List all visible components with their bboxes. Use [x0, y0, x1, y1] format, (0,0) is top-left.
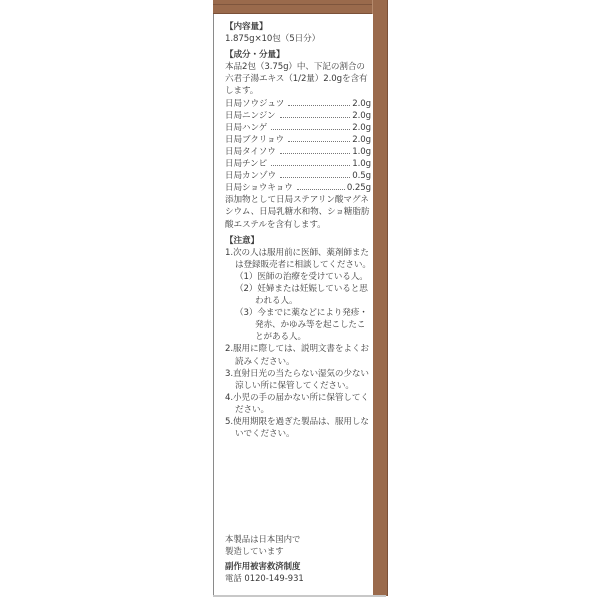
caution-item: 1.次の人は服用前に医師、薬剤師または登録販売者に相談してください。	[225, 247, 371, 271]
ingredient-amount: 1.0g	[352, 158, 371, 170]
dot-leader	[297, 189, 345, 190]
ingredient-name: 日局ニンジン	[225, 110, 276, 122]
caution-sub-item: （2）妊婦または妊娠していると思われる人。	[225, 283, 371, 307]
contents-heading: 【内容量】	[225, 21, 371, 33]
ingredient-row: 日局チンピ1.0g	[225, 158, 371, 170]
package-side-panel: 【内容量】 1.875g×10包（5日分） 【成分・分量】 本品2包（3.75g…	[213, 0, 387, 598]
ingredient-amount: 0.25g	[347, 182, 371, 194]
ingredient-name: 日局ショウキョウ	[225, 182, 293, 194]
cautions-section: 【注意】 1.次の人は服用前に医師、薬剤師または登録販売者に相談してください。 …	[225, 235, 371, 441]
label-footer: 本製品は日本国内で 製造しています 副作用被害救済制度 電話 0120-149-…	[225, 533, 365, 584]
caution-item: 5.使用期限を過ぎた製品は、服用しないでください。	[225, 416, 371, 440]
relief-system-heading: 副作用被害救済制度	[225, 560, 365, 572]
contents-section: 【内容量】 1.875g×10包（5日分）	[225, 21, 371, 45]
ingredient-name: 日局ソウジュツ	[225, 98, 284, 110]
ingredients-intro: 本品2包（3.75g）中、下記の割合の六君子湯エキス（1/2量）2.0gを含有し…	[225, 61, 371, 97]
dot-leader	[280, 117, 351, 118]
top-brown-band	[213, 0, 387, 14]
made-in-japan-line1: 本製品は日本国内で	[225, 533, 365, 545]
ingredient-amount: 2.0g	[352, 122, 371, 134]
relief-phone: 電話 0120-149-931	[225, 572, 365, 584]
ingredient-row: 日局ブクリョウ2.0g	[225, 134, 371, 146]
ingredient-name: 日局ハンゲ	[225, 122, 267, 134]
ingredient-name: 日局ブクリョウ	[225, 134, 284, 146]
ingredient-row: 日局タイソウ1.0g	[225, 146, 371, 158]
dot-leader	[288, 105, 350, 106]
contents-value: 1.875g×10包（5日分）	[225, 33, 371, 45]
made-in-japan-line2: 製造しています	[225, 545, 365, 557]
caution-sub-item: （1）医師の治療を受けている人。	[225, 271, 371, 283]
label-content: 【内容量】 1.875g×10包（5日分） 【成分・分量】 本品2包（3.75g…	[225, 19, 371, 444]
ingredient-row: 日局ショウキョウ0.25g	[225, 182, 371, 194]
ingredient-row: 日局ハンゲ2.0g	[225, 122, 371, 134]
ingredient-amount: 1.0g	[352, 146, 371, 158]
caution-item: 3.直射日光の当たらない湿気の少ない涼しい所に保管してください。	[225, 368, 371, 392]
right-brown-strip	[372, 0, 388, 596]
ingredients-section: 【成分・分量】 本品2包（3.75g）中、下記の割合の六君子湯エキス（1/2量）…	[225, 49, 371, 230]
ingredient-name: 日局カンゾウ	[225, 170, 276, 182]
dot-leader	[271, 129, 350, 130]
ingredient-amount: 2.0g	[352, 110, 371, 122]
cautions-heading: 【注意】	[225, 235, 371, 247]
ingredients-heading: 【成分・分量】	[225, 49, 371, 61]
additives-text: 添加物として日局ステアリン酸マグネシウム、日局乳糖水和物、ショ糖脂肪酸エステルを…	[225, 194, 371, 230]
ingredient-amount: 2.0g	[352, 134, 371, 146]
bottom-edge-line	[213, 595, 386, 597]
dot-leader	[280, 177, 350, 178]
caution-sub-item: （3）今までに薬などにより発疹・発赤、かゆみ等を起こしたことがある人。	[225, 307, 371, 343]
dot-leader	[280, 153, 350, 154]
ingredient-row: 日局カンゾウ0.5g	[225, 170, 371, 182]
ingredient-name: 日局タイソウ	[225, 146, 276, 158]
ingredient-row: 日局ソウジュツ2.0g	[225, 98, 371, 110]
label-panel: 【内容量】 1.875g×10包（5日分） 【成分・分量】 本品2包（3.75g…	[213, 14, 373, 596]
caution-item: 4.小児の手の届かない所に保管してください。	[225, 392, 371, 416]
ingredient-name: 日局チンピ	[225, 158, 267, 170]
ingredient-row: 日局ニンジン2.0g	[225, 110, 371, 122]
caution-item: 2.服用に際しては、説明文書をよくお読みください。	[225, 343, 371, 367]
dot-leader	[271, 165, 350, 166]
ingredient-amount: 0.5g	[352, 170, 371, 182]
dot-leader	[288, 141, 350, 142]
band-seam	[213, 0, 387, 5]
ingredient-amount: 2.0g	[352, 98, 371, 110]
